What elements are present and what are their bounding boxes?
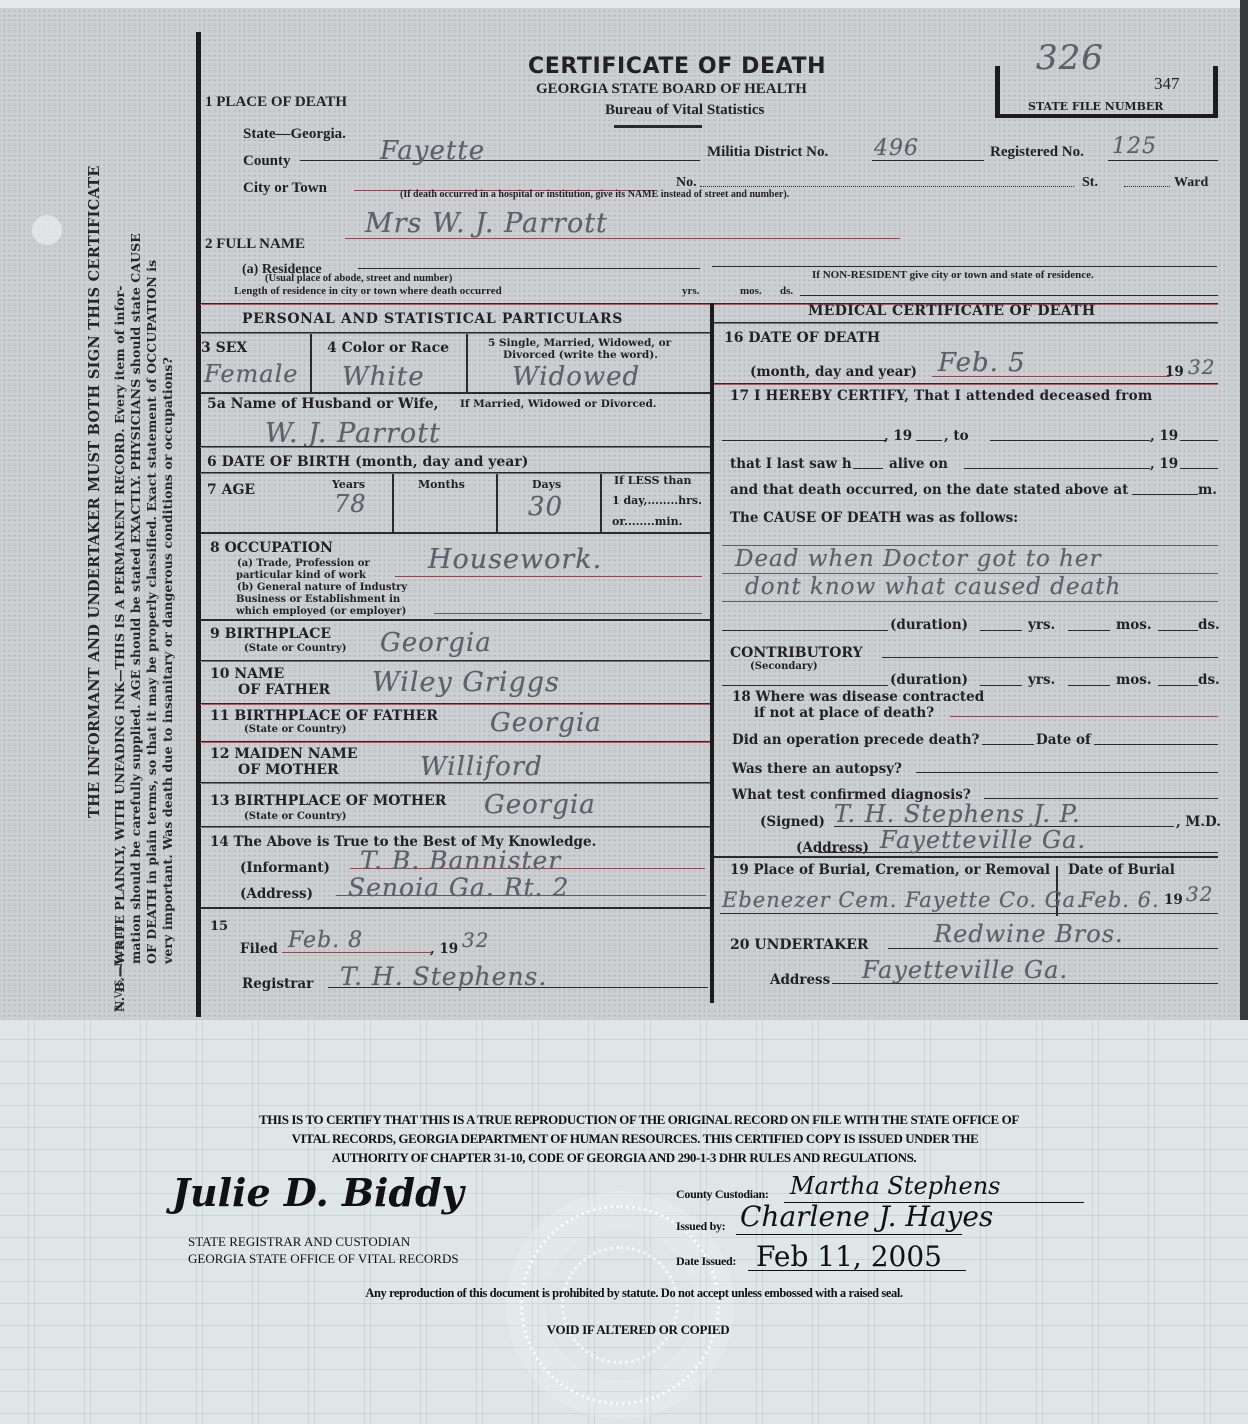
dod-label: 16 DATE OF DEATH	[724, 330, 880, 346]
signers-notice: THE INFORMANT AND UNDERTAKER MUST BOTH S…	[86, 165, 103, 818]
scan-right-edge	[1240, 0, 1248, 1020]
board-name: GEORGIA STATE BOARD OF HEALTH	[536, 81, 807, 98]
certify-19a: , 19	[884, 428, 912, 444]
dod-year-value[interactable]: 32	[1188, 355, 1215, 379]
mother-label-1: 12 MAIDEN NAME	[210, 746, 358, 762]
divider	[200, 392, 710, 394]
birthplace-value[interactable]: Georgia	[380, 628, 492, 658]
date-issued-label: Date Issued:	[676, 1254, 736, 1269]
instructions-line-4: very important. Was death due to insanit…	[160, 233, 176, 1012]
cause-duration-line[interactable]	[722, 630, 888, 631]
instructions-line-1: N. B.—WRITE PLAINLY, WITH UNFADING INK—T…	[112, 233, 128, 1012]
occ-b3: which employed (or employer)	[236, 606, 406, 617]
ward-label: Ward	[1174, 175, 1208, 191]
col-divider	[600, 474, 602, 532]
days-value[interactable]: 30	[528, 492, 563, 522]
cause-line-2[interactable]: dont know what caused death	[745, 574, 1121, 600]
father-label-2: OF FATHER	[238, 682, 330, 698]
operation-line[interactable]	[982, 744, 1034, 745]
cause-label: The CAUSE OF DEATH was as follows:	[730, 510, 1018, 526]
militia-value[interactable]: 496	[874, 136, 919, 161]
alive-on-line[interactable]	[964, 468, 1150, 469]
contracted-label-2: if not at place of death?	[754, 705, 934, 721]
certify-year-a[interactable]	[916, 440, 942, 441]
divider	[714, 322, 1218, 324]
registered-line	[1108, 160, 1218, 161]
duration-ds-line[interactable]	[1158, 630, 1198, 631]
issued-by-signature: Charlene J. Hayes	[740, 1200, 993, 1233]
dod-value[interactable]: Feb. 5	[938, 348, 1026, 378]
autopsy-label: Was there an autopsy?	[732, 761, 902, 777]
cause-line-1[interactable]: Dead when Doctor got to her	[735, 546, 1102, 572]
filed-year-value[interactable]: 32	[462, 928, 489, 952]
burial-line	[720, 913, 1218, 914]
marital-value[interactable]: Widowed	[512, 362, 640, 392]
operation-label: Did an operation precede death?	[732, 732, 979, 748]
contributory-line[interactable]	[882, 657, 1218, 658]
divider	[714, 383, 1218, 385]
hospital-note: (If death occurred in a hospital or inst…	[400, 189, 789, 200]
col-divider	[310, 334, 312, 392]
informant-value[interactable]: T. B. Bannister	[360, 846, 561, 875]
bureau-name: Bureau of Vital Statistics	[605, 102, 764, 119]
race-label: 4 Color or Race	[327, 340, 449, 356]
date-of-label: Date of	[1036, 732, 1091, 748]
months-label: Months	[418, 478, 465, 491]
filed-year-prefix: , 19	[430, 941, 458, 957]
certification-line-2: VITAL RECORDS, GEORGIA DEPARTMENT OF HUM…	[0, 1131, 1248, 1147]
registrar-title-1: STATE REGISTRAR AND CUSTODIAN	[188, 1234, 410, 1250]
divider	[200, 660, 710, 662]
marital-label-2: Divorced (write the word).	[503, 349, 658, 361]
burial-date-value[interactable]: Feb. 6.	[1080, 888, 1160, 912]
mother-birthplace-value[interactable]: Georgia	[484, 790, 596, 820]
mother-birthplace-label: 13 BIRTHPLACE OF MOTHER	[210, 793, 446, 809]
contrib-yrs-line[interactable]	[980, 685, 1022, 686]
contributory-duration-line[interactable]	[722, 685, 888, 686]
contributory-label: CONTRIBUTORY	[730, 645, 863, 661]
md-label: , M.D.	[1176, 814, 1221, 830]
signed-value[interactable]: T. H. Stephens J. P.	[834, 800, 1081, 828]
occ-a1: (a) Trade, Profession or	[237, 558, 370, 569]
duration-ds: ds.	[1198, 617, 1220, 633]
contracted-line[interactable]	[950, 716, 1218, 717]
certify-year-b[interactable]	[1180, 440, 1218, 441]
reproduction-notice: Any reproduction of this document is pro…	[0, 1286, 1248, 1301]
county-label: County	[243, 153, 291, 170]
state-file-number-handwritten: 326	[1036, 38, 1104, 78]
test-line[interactable]	[984, 798, 1218, 799]
occupation-value[interactable]: Housework.	[428, 544, 602, 575]
form-left-border	[196, 32, 201, 1017]
mother-value[interactable]: Williford	[420, 752, 543, 782]
dod-year-prefix: 19	[1165, 364, 1184, 380]
informant-address-label: (Address)	[240, 886, 313, 902]
street-line[interactable]	[700, 186, 1074, 187]
length-yrs: yrs.	[682, 285, 699, 297]
last-saw-year-line[interactable]	[1180, 468, 1218, 469]
divider	[200, 703, 710, 705]
nonresident-line[interactable]	[712, 266, 1217, 267]
physician-address-label: (Address)	[796, 840, 869, 856]
undertaker-address-value[interactable]: Fayetteville Ga.	[862, 956, 1068, 984]
contrib-ds: ds.	[1198, 672, 1220, 688]
divider	[200, 332, 710, 334]
undertaker-value[interactable]: Redwine Bros.	[934, 920, 1124, 948]
state-registrar-signature: Julie D. Biddy	[172, 1170, 464, 1215]
divider	[200, 532, 710, 534]
divider	[714, 856, 1218, 858]
divider	[200, 907, 710, 909]
undertaker-label: 20 UNDERTAKER	[730, 937, 869, 953]
divider	[200, 619, 710, 621]
burial-year-prefix: 19	[1164, 892, 1183, 908]
occurred-label: and that death occurred, on the date sta…	[730, 482, 1128, 498]
father-birthplace-sub: (State or Country)	[244, 724, 347, 735]
full-name-label: 2 FULL NAME	[205, 236, 305, 253]
days-label: Days	[532, 478, 561, 491]
contrib-ds-line[interactable]	[1158, 685, 1198, 686]
county-value[interactable]: Fayette	[380, 136, 485, 166]
father-birthplace-value[interactable]: Georgia	[490, 708, 602, 738]
mother-birthplace-sub: (State or Country)	[244, 811, 347, 822]
certify-label: 17 I HEREBY CERTIFY, That I attended dec…	[730, 388, 1152, 404]
marital-label-1: 5 Single, Married, Widowed, or	[488, 337, 671, 349]
father-label-1: 10 NAME	[210, 666, 284, 682]
filed-label: Filed	[240, 941, 278, 957]
residence-note: (Usual place of abode, street and number…	[265, 273, 452, 284]
filed-value[interactable]: Feb. 8	[288, 928, 363, 953]
registrar-title-2: GEORGIA STATE OFFICE OF VITAL RECORDS	[188, 1251, 459, 1267]
issued-by-label: Issued by:	[676, 1219, 725, 1234]
father-birthplace-label: 11 BIRTHPLACE OF FATHER	[210, 708, 438, 724]
sex-value[interactable]: Female	[204, 360, 299, 388]
dod-sub: (month, day and year)	[750, 364, 917, 380]
nonresident-note: If NON-RESIDENT give city or town and st…	[812, 269, 1094, 281]
occupation-line	[395, 576, 702, 577]
residence-line[interactable]	[358, 268, 700, 269]
col-divider	[392, 474, 394, 532]
certification-line-3: AUTHORITY OF CHAPTER 31-10, CODE OF GEOR…	[0, 1150, 1248, 1166]
autopsy-line[interactable]	[916, 772, 1218, 773]
length-label: Length of residence in city or town wher…	[234, 285, 502, 297]
undertaker-line	[888, 948, 1218, 949]
birthplace-label: 9 BIRTHPLACE	[210, 626, 331, 642]
registered-value[interactable]: 125	[1112, 134, 1157, 159]
instructions: N. B.—WRITE PLAINLY, WITH UNFADING INK—T…	[112, 233, 176, 1012]
spouse-label: 5a Name of Husband or Wife,	[207, 396, 439, 412]
burial-value[interactable]: Ebenezer Cem. Fayette Co. Ga.	[722, 888, 1084, 912]
contrib-duration-label: (duration)	[890, 672, 968, 688]
county-line	[300, 160, 700, 161]
divider	[200, 741, 710, 743]
certificate-title: CERTIFICATE OF DEATH	[528, 54, 826, 79]
duration-mos: mos.	[1116, 617, 1152, 633]
medical-heading: MEDICAL CERTIFICATE OF DEATH	[808, 303, 1095, 319]
contrib-mos-line[interactable]	[1068, 685, 1110, 686]
divider	[200, 446, 710, 448]
contrib-mos: mos.	[1116, 672, 1152, 688]
seal-inner-ring	[561, 1246, 679, 1364]
state-label: State—Georgia.	[243, 126, 346, 143]
physician-address-value[interactable]: Fayetteville Ga.	[880, 826, 1086, 854]
ward-line[interactable]	[1124, 186, 1170, 187]
years-value[interactable]: 78	[334, 490, 367, 518]
operation-date-line[interactable]	[1094, 744, 1218, 745]
full-name-value[interactable]: Mrs W. J. Parrott	[365, 208, 608, 239]
burial-label: 19 Place of Burial, Cremation, or Remova…	[730, 862, 1050, 878]
informant-address-value[interactable]: Senoia Ga. Rt. 2	[348, 873, 569, 902]
informant-label: (Informant)	[240, 860, 330, 876]
occ-b1: (b) General nature of Industry	[237, 582, 407, 593]
center-divider	[710, 303, 714, 1003]
certify-19b: , 19	[1150, 428, 1178, 444]
certify-to: , to	[944, 428, 969, 444]
occ-a2: particular kind of work	[236, 570, 366, 581]
last-saw-pronoun-line[interactable]	[853, 468, 883, 469]
occupation-label: 8 OCCUPATION	[210, 540, 333, 556]
custodian-signature: Martha Stephens	[790, 1172, 1000, 1200]
mother-label-2: OF MOTHER	[238, 762, 339, 778]
less-min: or........min.	[612, 515, 682, 528]
void-notice: VOID IF ALTERED OR COPIED	[0, 1322, 1248, 1338]
signed-label: (Signed)	[760, 814, 825, 830]
occurred-m: m.	[1198, 482, 1217, 498]
duration-yrs-line[interactable]	[980, 630, 1022, 631]
embossed-seal	[520, 1205, 720, 1405]
divider	[200, 826, 710, 828]
last-saw-19: , 19	[1150, 456, 1178, 472]
registrar-value[interactable]: T. H. Stephens.	[340, 962, 547, 991]
undertaker-address-label: Address	[770, 972, 830, 988]
burial-year-value[interactable]: 32	[1186, 882, 1213, 906]
certify-to-line[interactable]	[990, 440, 1150, 441]
dob-label: 6 DATE OF BIRTH (month, day and year)	[207, 454, 528, 470]
state-file-number-stamped: 347	[1154, 74, 1180, 94]
scan-top-edge	[0, 0, 1248, 8]
race-value[interactable]: White	[342, 362, 425, 392]
father-value[interactable]: Wiley Griggs	[372, 667, 560, 698]
date-issued-value: Feb 11, 2005	[756, 1240, 942, 1273]
age-label: 7 AGE	[207, 482, 255, 498]
secondary-label: (Secondary)	[750, 661, 818, 672]
duration-mos-line[interactable]	[1068, 630, 1110, 631]
employer-line[interactable]	[434, 613, 702, 614]
duration-yrs: yrs.	[1028, 617, 1055, 633]
militia-label: Militia District No.	[707, 144, 828, 161]
length-mos: mos.	[740, 285, 762, 297]
contracted-label-1: 18 Where was disease contracted	[732, 689, 984, 705]
alive-on-label: alive on	[889, 456, 948, 472]
burial-date-label: Date of Burial	[1068, 862, 1175, 878]
col-divider	[466, 334, 468, 392]
registered-label: Registered No.	[990, 144, 1084, 161]
place-of-death-label: 1 PLACE OF DEATH	[205, 94, 347, 111]
length-line[interactable]	[800, 295, 1218, 296]
registrar-label: Registrar	[242, 976, 313, 992]
personal-heading: PERSONAL AND STATISTICAL PARTICULARS	[242, 311, 623, 327]
less-hrs: 1 day,........hrs.	[612, 494, 702, 507]
instructions-line-2: mation should be carefully supplied. AGE…	[128, 233, 144, 1012]
col-divider	[496, 474, 498, 532]
birthplace-sub: (State or Country)	[244, 643, 347, 654]
occurred-time-line[interactable]	[1132, 494, 1198, 495]
sex-label: 3 SEX	[201, 340, 247, 356]
occ-b2: Business or Establishment in	[236, 594, 400, 605]
divider	[200, 782, 710, 784]
duration-label: (duration)	[890, 617, 968, 633]
cause-line-bottom	[722, 601, 1218, 602]
certification-line-1: THIS IS TO CERTIFY THAT THIS IS A TRUE R…	[0, 1112, 1248, 1128]
spouse-note: If Married, Widowed or Divorced.	[460, 398, 657, 410]
title-underline	[614, 125, 702, 128]
state-file-number-label: STATE FILE NUMBER	[1028, 100, 1163, 113]
contrib-yrs: yrs.	[1028, 672, 1055, 688]
certify-from-line[interactable]	[722, 440, 886, 441]
issued-by-line	[736, 1234, 962, 1235]
last-saw-label: that I last saw h	[730, 456, 852, 472]
city-label: City or Town	[243, 180, 327, 197]
less-label: If LESS than	[614, 474, 692, 487]
length-ds: ds.	[780, 285, 793, 297]
binder-hole	[32, 215, 62, 245]
filed-number: 15	[210, 919, 228, 934]
instructions-line-3: OF DEATH in plain terms, so that it may …	[144, 233, 160, 1012]
spouse-value[interactable]: W. J. Parrott	[265, 418, 441, 449]
st-label: St.	[1082, 175, 1098, 191]
